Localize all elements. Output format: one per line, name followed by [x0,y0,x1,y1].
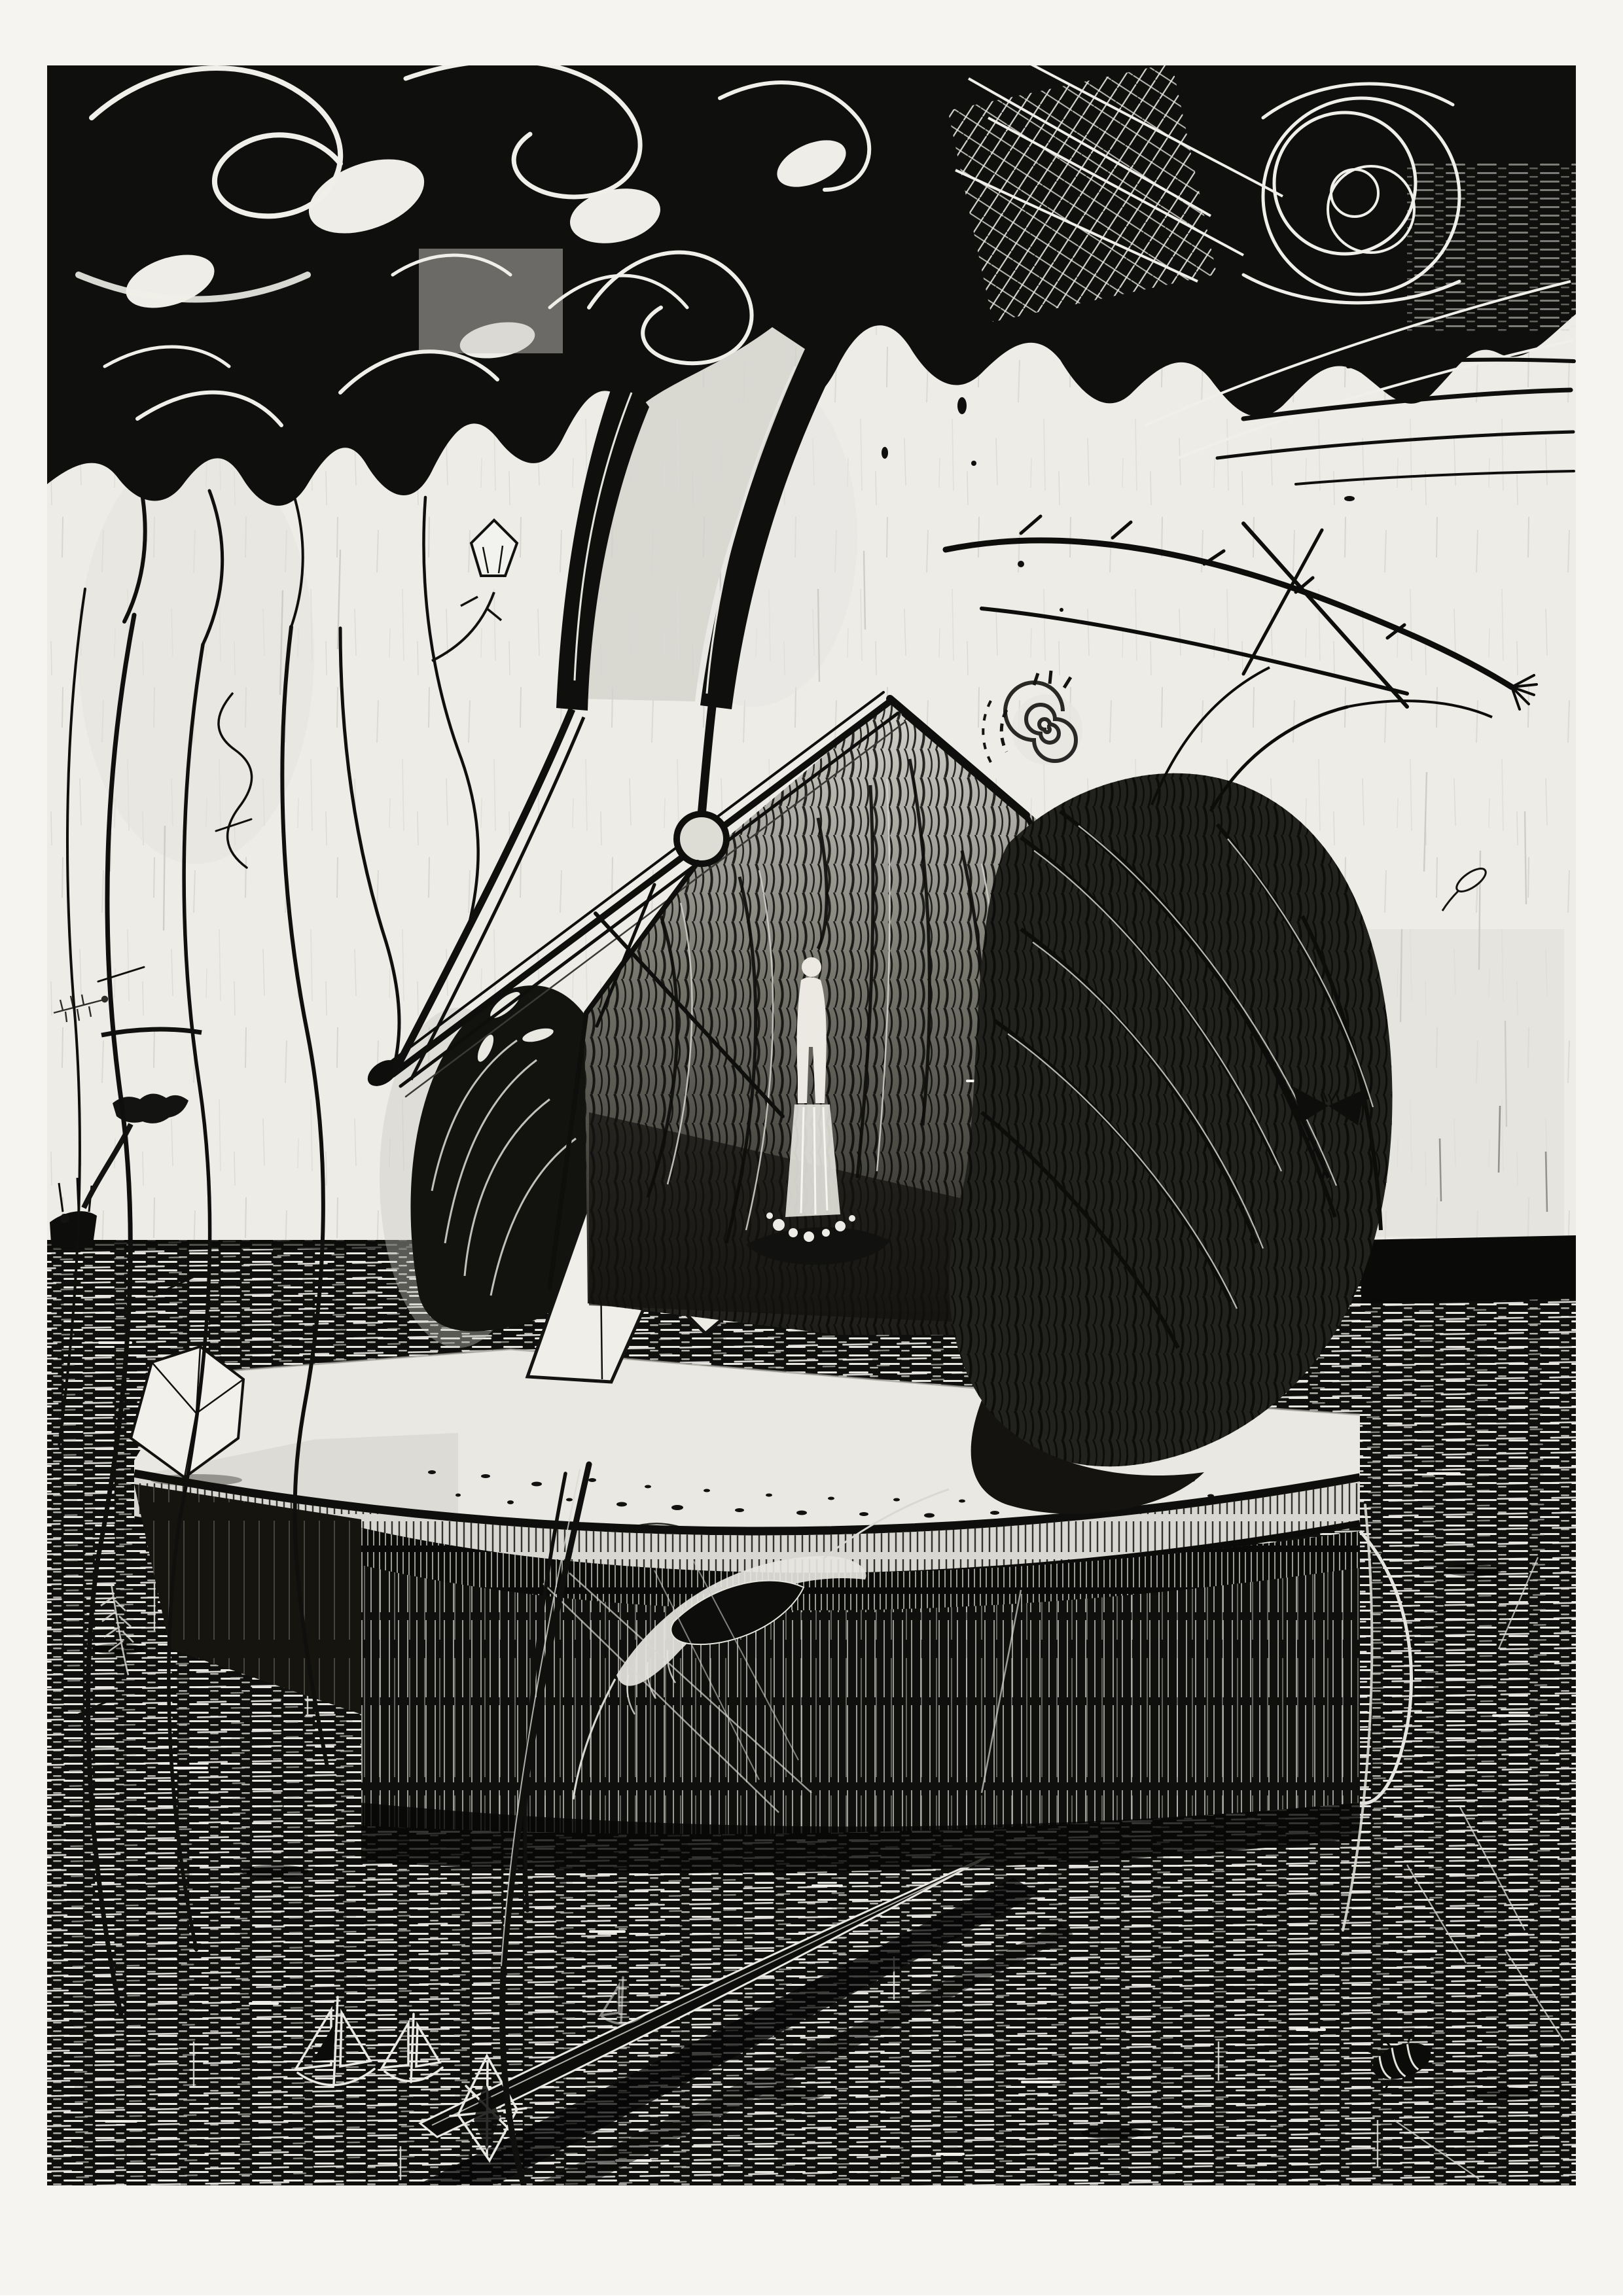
left-dot [60,1214,69,1223]
frame-ring [677,814,726,864]
print-canvas: Untitled woodcut print: terrarium with l… [0,0,1623,2295]
sky-blotch [79,445,314,864]
woodcut-print: Untitled woodcut print: terrarium with l… [0,0,1623,2295]
smoke-dash-rows [1407,164,1576,334]
